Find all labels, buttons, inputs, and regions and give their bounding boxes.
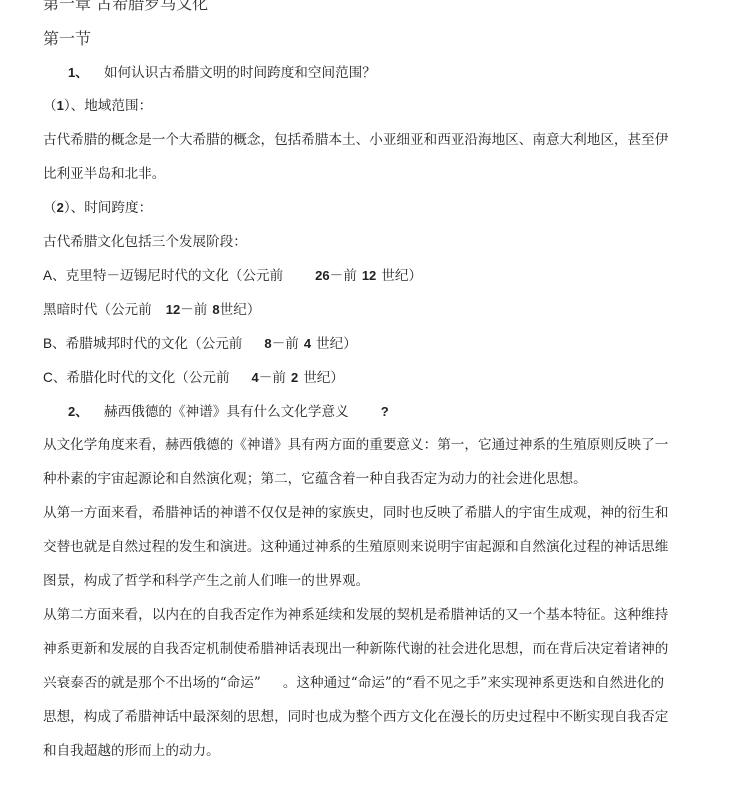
sub-label: ）、时间跨度：: [64, 200, 152, 216]
question-2: 2、赫西俄德的《神谱》具有什么文化学意义?: [68, 403, 389, 421]
fate-text-part1: 兴衰泰否的就是那个不出场的“命运”: [43, 675, 261, 691]
paragraph-line: 从第一方面来看，希腊神话的神谱不仅仅是神的家族史，同时也反映了希腊人的宇宙生成观…: [43, 504, 668, 522]
stage-suffix: 世纪）: [316, 336, 357, 352]
stage-name: 、希腊城邦时代的文化（公元前: [52, 336, 242, 352]
stage-dash: －前: [272, 336, 299, 352]
stage-item: B、希腊城邦时代的文化（公元前8－前4世纪）: [43, 335, 357, 353]
paren-open: （: [43, 98, 57, 114]
sub-label: ）、地域范围：: [64, 98, 152, 114]
stage-prefix: B: [43, 336, 52, 351]
paren-open: （: [43, 200, 57, 216]
stage-suffix: 世纪）: [220, 302, 261, 318]
stage-item: 黑暗时代（公元前12－前8世纪）: [43, 301, 260, 319]
question-1-number: 1、: [68, 64, 104, 82]
stage-from: 12: [166, 302, 180, 317]
sub-number: 1: [57, 98, 64, 113]
paragraph-line: 图景，构成了哲学和科学产生之前人们唯一的世界观。: [43, 572, 369, 590]
q1-subheading-region: （1）、地域范围：: [43, 97, 152, 115]
stages-intro: 古代希腊文化包括三个发展阶段：: [43, 233, 247, 251]
stage-to: 2: [291, 370, 298, 385]
section-title: 第一节: [43, 29, 91, 49]
stage-from: 4: [252, 370, 259, 385]
paragraph-line: 古代希腊的概念是一个大希腊的概念，包括希腊本土、小亚细亚和西亚沿海地区、南意大利…: [43, 131, 668, 149]
paragraph-line: 和自我超越的形而上的动力。: [43, 742, 220, 760]
question-2-mark: ?: [381, 404, 389, 419]
question-1: 1、如何认识古希腊文明的时间跨度和空间范围？: [68, 64, 376, 82]
stage-to: 8: [212, 302, 219, 317]
paragraph-line: 从文化学角度来看，赫西俄德的《神谱》具有两方面的重要意义：第一，它通过神系的生殖…: [43, 436, 668, 454]
stage-dash: －前: [180, 302, 207, 318]
paragraph-line: 从第二方面来看，以内在的自我否定作为神系延续和发展的契机是希腊神话的又一个基本特…: [43, 606, 668, 624]
document-page: 第一章 古希腊罗马文化 第一节 1、如何认识古希腊文明的时间跨度和空间范围？ （…: [0, 0, 734, 800]
stage-to: 12: [362, 268, 376, 283]
stage-name: 、希腊化时代的文化（公元前: [53, 370, 230, 386]
chapter-title: 第一章 古希腊罗马文化: [43, 0, 208, 14]
stage-dash: －前: [330, 268, 357, 284]
paragraph-line: 比利亚半岛和北非。: [43, 165, 165, 183]
stage-suffix: 世纪）: [381, 268, 422, 284]
question-2-number: 2、: [68, 403, 104, 421]
stage-prefix: A: [43, 268, 52, 283]
question-2-text: 赫西俄德的《神谱》具有什么文化学意义: [104, 404, 349, 420]
paragraph-line: 交替也就是自然过程的发生和演进。这种通过神系的生殖原则来说明宇宙起源和自然演化过…: [43, 538, 668, 556]
paragraph-line: 思想，构成了希腊神话中最深刻的思想，同时也成为整个西方文化在漫长的历史过程中不断…: [43, 708, 668, 726]
question-1-text: 如何认识古希腊文明的时间跨度和空间范围？: [104, 65, 376, 81]
stage-name: 黑暗时代（公元前: [43, 302, 152, 318]
stage-item: A、克里特－迈锡尼时代的文化（公元前26－前12世纪）: [43, 267, 422, 285]
stage-suffix: 世纪）: [303, 370, 344, 386]
stage-item: C、希腊化时代的文化（公元前4－前2世纪）: [43, 369, 344, 387]
stage-name: 、克里特－迈锡尼时代的文化（公元前: [52, 268, 283, 284]
paragraph-line: 种朴素的宇宙起源论和自然演化观；第二，它蕴含着一种自我否定为动力的社会进化思想。: [43, 470, 587, 488]
stage-from: 8: [264, 336, 271, 351]
stage-dash: －前: [259, 370, 286, 386]
fate-text-part2: 。这种通过“命运”的“看不见之手”来实现神系更迭和自然进化的: [283, 675, 664, 691]
paragraph-line: 神系更新和发展的自我否定机制使希腊神话表现出一种新陈代谢的社会进化思想，而在背后…: [43, 640, 668, 658]
stage-from: 26: [315, 268, 329, 283]
sub-number: 2: [57, 200, 64, 215]
stage-to: 4: [304, 336, 311, 351]
q1-subheading-time: （2）、时间跨度：: [43, 199, 152, 217]
stage-prefix: C: [43, 370, 53, 385]
paragraph-line: 兴衰泰否的就是那个不出场的“命运”。这种通过“命运”的“看不见之手”来实现神系更…: [43, 674, 664, 692]
